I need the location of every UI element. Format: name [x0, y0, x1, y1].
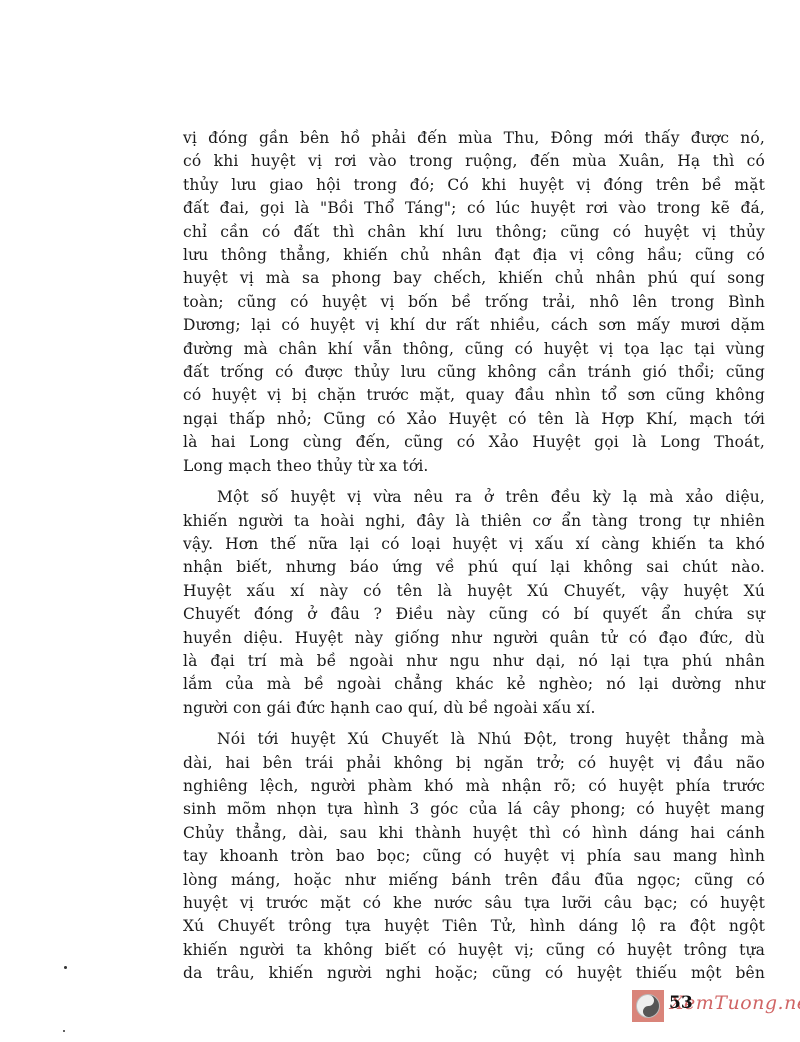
text-line: nghiêng lệch, người phàm khó mà nhận rõ;… — [183, 775, 765, 798]
text-line: đất trống có được thủy lưu cũng không cầ… — [183, 361, 765, 384]
text-line: thủy lưu giao hội trong đó; Có khi huyệt… — [183, 174, 765, 197]
text-line: Nói tới huyệt Xú Chuyết là Nhú Đột, tron… — [183, 728, 765, 751]
text-line: Chuyết đóng ở đâu ? Điều này cũng có bí … — [183, 603, 765, 626]
text-line: Long mạch theo thủy từ xa tới. — [183, 455, 765, 478]
text-line: Xú Chuyết trông tựa huyệt Tiên Tử, hình … — [183, 915, 765, 938]
text-line: da trâu, khiến người nghi hoặc; cũng có … — [183, 962, 765, 985]
text-line: vậy. Hơn thế nữa lại có loại huyệt vị xấ… — [183, 533, 765, 556]
text-line: chỉ cần có đất thì chân khí lưu thông; c… — [183, 221, 765, 244]
text-line: Dương; lại có huyệt vị khí dư rất nhiều,… — [183, 314, 765, 337]
yin-yang-icon — [636, 994, 660, 1018]
scan-speck — [64, 966, 67, 969]
text-line: dài, hai bên trái phải không bị ngăn trở… — [183, 752, 765, 775]
scan-speck — [63, 1030, 65, 1032]
text-line: đất đai, gọi là "Bồi Thổ Táng"; có lúc h… — [183, 197, 765, 220]
text-line: Huyệt xấu xí này có tên là huyệt Xú Chuy… — [183, 580, 765, 603]
text-line: có huyệt vị bị chặn trước mặt, quay đầu … — [183, 384, 765, 407]
text-line: toàn; cũng có huyệt vị bốn bề trống trải… — [183, 291, 765, 314]
text-line: đường mà chân khí vẫn thông, cũng có huy… — [183, 338, 765, 361]
text-line: huyệt vị trước mặt có khe nước sâu tựa l… — [183, 892, 765, 915]
text-line: người con gái đức hạnh cao quí, dù bề ng… — [183, 697, 765, 720]
text-line: lắm của mà bề ngoài chẳng khác kẻ nghèo;… — [183, 673, 765, 696]
text-line: Một số huyệt vị vừa nêu ra ở trên đều kỳ… — [183, 486, 765, 509]
text-line: huyền diệu. Huyệt này giống như người qu… — [183, 627, 765, 650]
text-line: lưu thông thẳng, khiến chủ nhân đạt địa … — [183, 244, 765, 267]
text-line: lòng máng, hoặc như miếng bánh trên đầu … — [183, 869, 765, 892]
text-line: sinh mõm nhọn tựa hình 3 góc của lá cây … — [183, 798, 765, 821]
text-line: khiến người ta không biết có huyệt vị; c… — [183, 939, 765, 962]
text-line: là đại trí mà bề ngoài như ngu như dại, … — [183, 650, 765, 673]
page-number: 53 — [669, 993, 693, 1013]
paragraph-3: Nói tới huyệt Xú Chuyết là Nhú Đột, tron… — [183, 728, 765, 985]
text-line: huyệt vị mà sa phong bay chếch, khiến ch… — [183, 267, 765, 290]
text-line: tay khoanh tròn bao bọc; cũng có huyệt v… — [183, 845, 765, 868]
text-line: vị đóng gần bên hồ phải đến mùa Thu, Đôn… — [183, 127, 765, 150]
paragraph-1: vị đóng gần bên hồ phải đến mùa Thu, Đôn… — [183, 127, 765, 478]
watermark-logo — [632, 990, 664, 1022]
text-line: có khi huyệt vị rơi vào trong ruộng, đến… — [183, 150, 765, 173]
text-line: ngại thấp nhỏ; Cũng có Xảo Huyệt có tên … — [183, 408, 765, 431]
text-line: khiến người ta hoài nghi, đây là thiên c… — [183, 510, 765, 533]
page-body: vị đóng gần bên hồ phải đến mùa Thu, Đôn… — [183, 127, 765, 994]
watermark: XemTuong.net — [632, 990, 792, 1022]
text-line: là hai Long cùng đến, cũng có Xảo Huyệt … — [183, 431, 765, 454]
text-line: Chủy thẳng, dài, sau khi thành huyệt thì… — [183, 822, 765, 845]
paragraph-2: Một số huyệt vị vừa nêu ra ở trên đều kỳ… — [183, 486, 765, 720]
text-line: nhận biết, nhưng báo ứng về phú quí lại … — [183, 556, 765, 579]
